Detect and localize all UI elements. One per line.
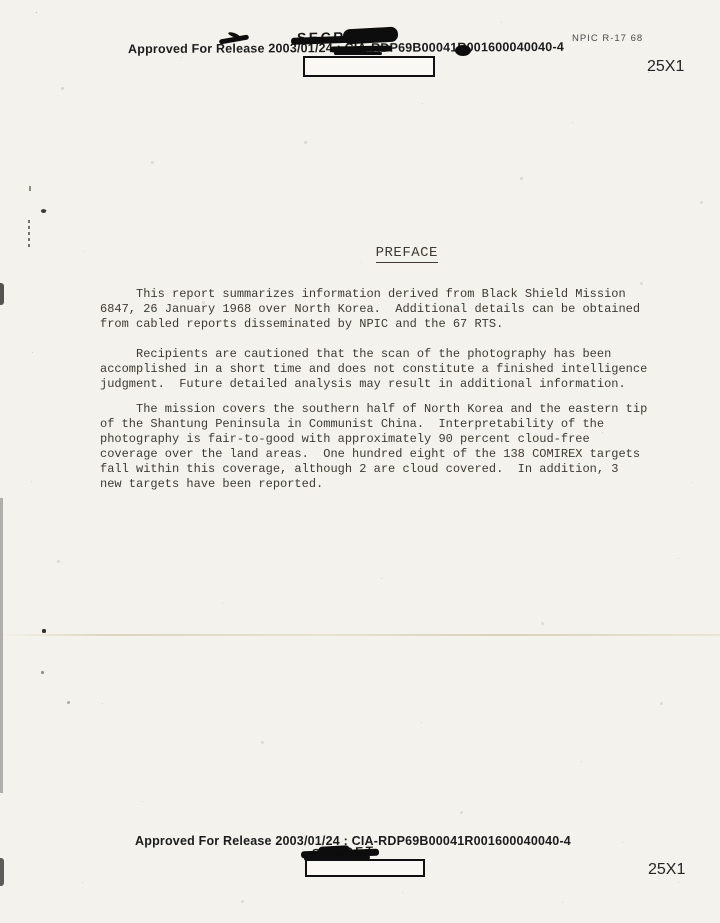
scan-edge-artifact <box>0 498 3 793</box>
paragraph-mission-summary: This report summarizes information deriv… <box>100 287 640 332</box>
margin-ink-speck <box>29 186 31 191</box>
preface-title: PREFACE <box>340 231 438 276</box>
scanned-document-page: SECRET Approved For Release 2003/01/24 :… <box>0 0 720 923</box>
redaction-box-top <box>303 56 435 77</box>
margin-pencil-mark <box>28 220 30 250</box>
preface-title-text: PREFACE <box>376 245 438 263</box>
declassification-code-bottom: 25X1 <box>648 861 685 879</box>
scan-edge-artifact <box>0 858 4 886</box>
approval-release-stamp-top: Approved For Release 2003/01/24 : CIA-RD… <box>128 40 564 56</box>
secret-stamp-bottom: SECRET <box>312 844 376 861</box>
marker-scribble <box>228 31 241 39</box>
margin-ink-speck <box>42 629 46 633</box>
scan-edge-artifact <box>0 283 4 305</box>
margin-ink-speck <box>40 208 46 214</box>
npic-report-reference: NPIC R-17 68 <box>572 33 643 44</box>
redaction-box-bottom <box>305 859 425 877</box>
fold-crease-line <box>0 634 720 636</box>
paragraph-coverage-details: The mission covers the southern half of … <box>100 402 647 492</box>
declassification-code-top: 25X1 <box>647 58 684 76</box>
paper-speckle-noise <box>0 0 1 1</box>
paragraph-caution-note: Recipients are cautioned that the scan o… <box>100 347 647 392</box>
